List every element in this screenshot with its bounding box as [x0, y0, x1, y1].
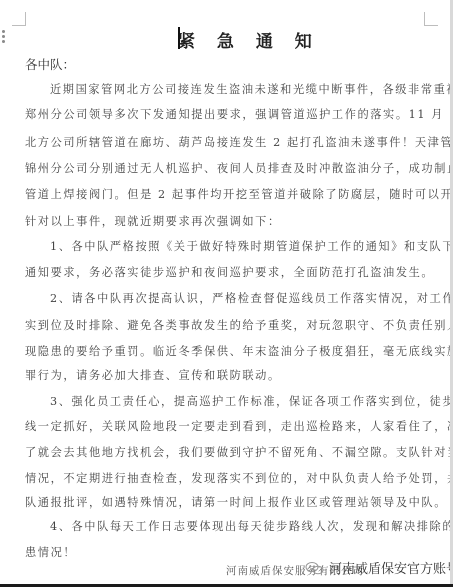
document-title: 紧 急 通 知	[178, 27, 320, 52]
body-line: 线一定抓好，关联风险地段一定要走到看到，走出巡检路来，人家看住了，冲跑	[25, 418, 453, 434]
list-item-4: 4、各中队每天工作日志要体现出每天徒步路线人次，发现和解决排除的隐	[50, 518, 453, 534]
watermark-text: 河南威盾保安官方账号	[329, 558, 453, 577]
body-line: 近期国家管网北方公司接连发生盗油未遂和光缆中断事件，各级非常重视，	[50, 81, 453, 97]
salutation: 各中队：	[25, 55, 75, 73]
body-line: 了就会去其他地方找机会，我们要做到守护不留死角、不漏空隙。支队针对当前	[25, 444, 453, 460]
document-page: 紧 急 通 知 各中队： 近期国家管网北方公司接连发生盗油未遂和光缆中断事件，各…	[0, 0, 450, 584]
list-item-1: 1、各中队严格按照《关于做好特殊时期管道保护工作的通知》和支队下发	[50, 238, 453, 254]
body-line: 郑州分公司领导多次下发通知提出要求，强调管道巡护工作的落实。11 月 12 日，	[25, 106, 453, 122]
body-line: 锦州分公司分别通过无人机巡护、夜间人员排查及时冲散盗油分子，成功制止在	[25, 160, 453, 176]
list-item-3: 3、强化员工责任心，提高巡护工作标准，保证各项工作落实到位，徒步巡	[50, 393, 453, 409]
drag-handle-icon[interactable]	[2, 30, 6, 45]
body-line: 北方公司所辖管道在廊坊、葫芦岛接连发生 2 起打孔盗油未遂事件！天津管道、	[25, 134, 453, 150]
wechat-icon	[305, 561, 325, 575]
body-line: 情况，不定期进行抽查检查，发现落实不到位的，对中队负责人给予处罚，并支	[25, 470, 453, 486]
body-line: 针对以上事件，现就近期要求再次强调如下：	[25, 213, 281, 229]
body-line: 罪行为，请务必加大排查、宣传和联防联动。	[25, 367, 281, 383]
body-line: 通知要求，务必落实徒步巡护和夜间巡护要求，全面防范打孔盗油发生。	[25, 264, 434, 280]
body-line: 现隐患的要给予重罚。临近冬季保供、年末盗油分子极度猖狂，毫无底线实施犯	[25, 343, 453, 359]
body-line: 实到位及时排除、避免各类事故发生的给予重奖，对玩忽职守、不负责任别人发	[25, 317, 453, 333]
body-line: 患情况！	[25, 544, 76, 560]
margin-corner-top-right	[424, 12, 438, 26]
watermark: 河南威盾保安官方账号	[305, 558, 453, 577]
text-cursor	[178, 27, 180, 49]
body-line: 队通报批评，如遇特殊情况，请第一时间上报作业区或管理站领导及中队。	[25, 494, 447, 510]
margin-corner-top-left	[12, 12, 26, 26]
body-line: 管道上焊接阀门。但是 2 起事件均开挖至管道并破除了防腐层，随时可以开孔。	[25, 186, 453, 202]
list-item-2: 2、请各中队再次提高认识，严格检查督促巡线员工作落实情况，对工作落	[50, 290, 453, 306]
